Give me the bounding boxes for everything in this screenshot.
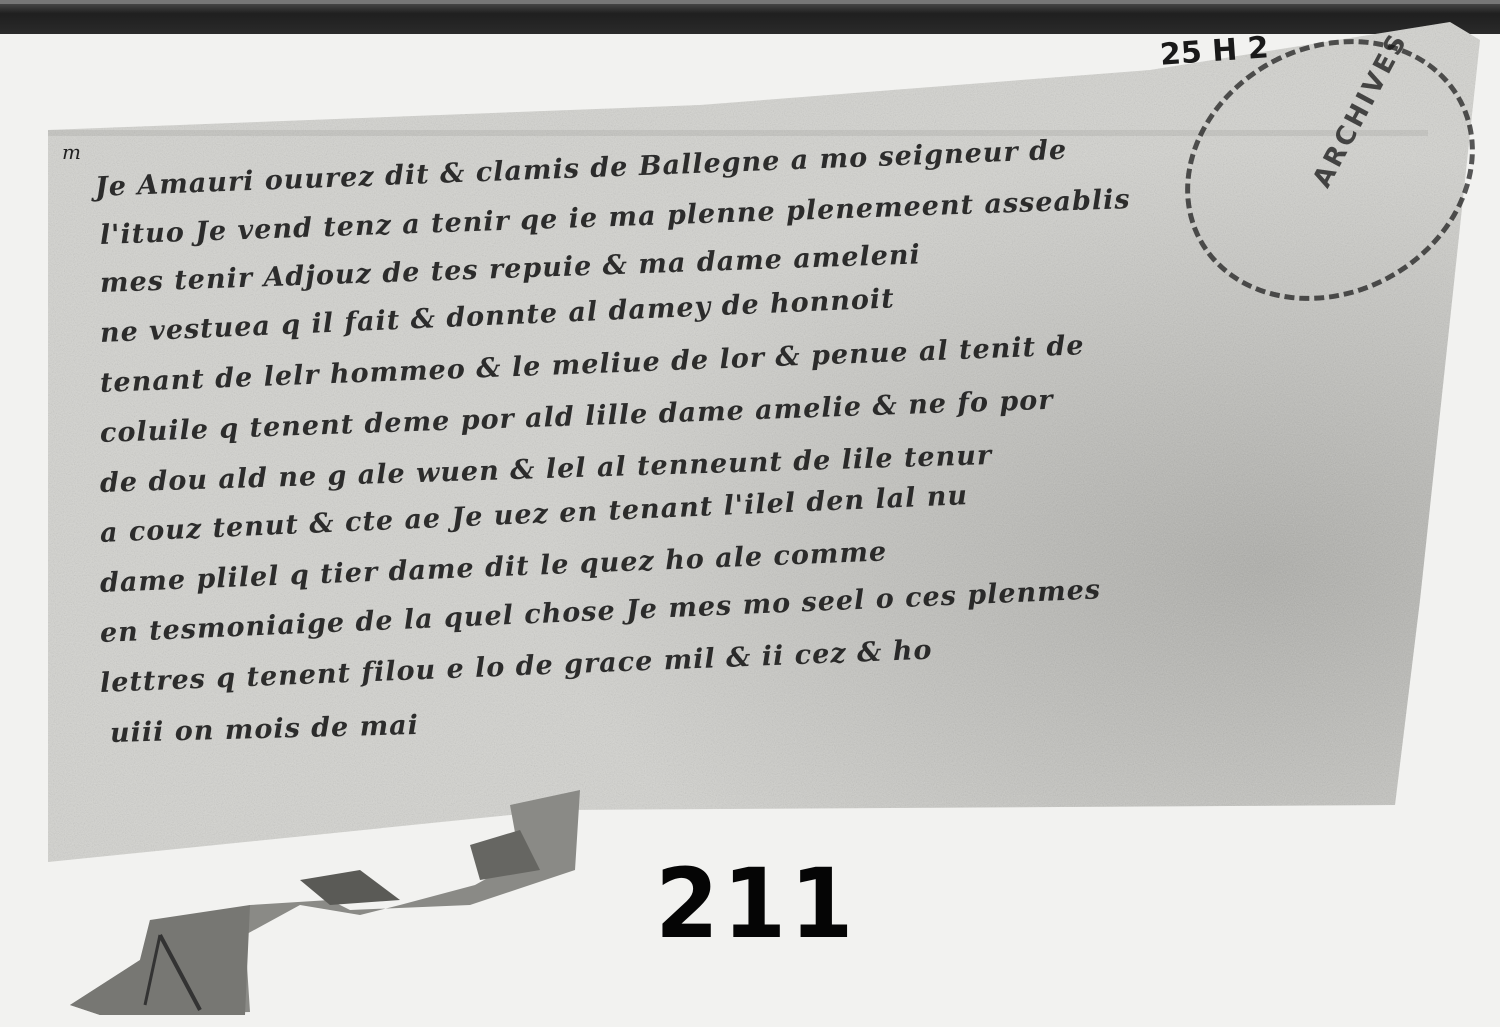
photo-number: 211 <box>655 848 857 960</box>
margin-mark: m <box>62 140 81 164</box>
